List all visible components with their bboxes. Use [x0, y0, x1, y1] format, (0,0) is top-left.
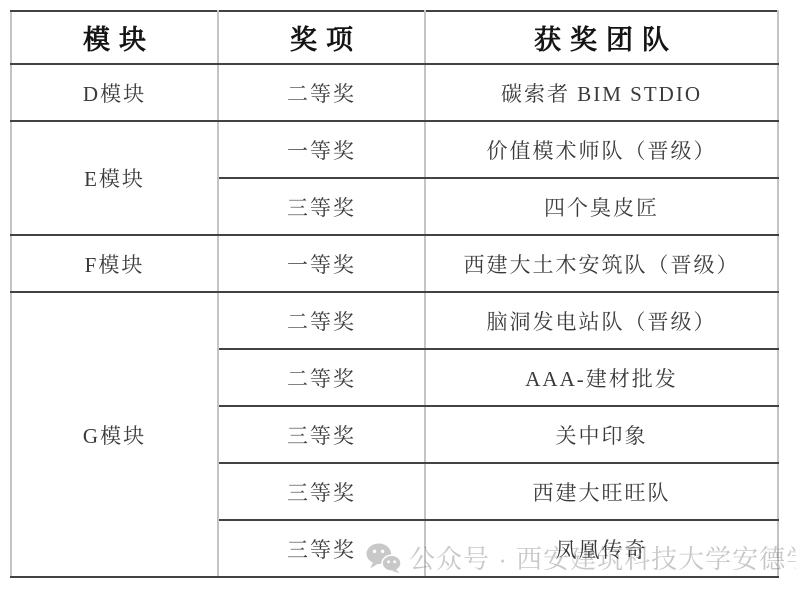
award-cell: 一等奖	[218, 235, 425, 292]
award-cell: 二等奖	[218, 349, 425, 406]
award-cell: 二等奖	[218, 292, 425, 349]
column-header-team: 获奖团队	[425, 11, 778, 64]
module-cell: G模块	[11, 292, 218, 577]
award-results-table: 模块 奖项 获奖团队 D模块 二等奖 碳索者 BIM STDIO E模块 一等奖…	[10, 10, 779, 578]
award-cell: 三等奖	[218, 463, 425, 520]
page: 模块 奖项 获奖团队 D模块 二等奖 碳索者 BIM STDIO E模块 一等奖…	[0, 0, 796, 589]
column-header-award: 奖项	[218, 11, 425, 64]
team-cell: 四个臭皮匠	[425, 178, 778, 235]
team-cell: 西建大土木安筑队（晋级）	[425, 235, 778, 292]
table-row: F模块 一等奖 西建大土木安筑队（晋级）	[11, 235, 778, 292]
module-cell: F模块	[11, 235, 218, 292]
table-row: E模块 一等奖 价值模术师队（晋级）	[11, 121, 778, 178]
award-cell: 三等奖	[218, 520, 425, 577]
table-row: D模块 二等奖 碳索者 BIM STDIO	[11, 64, 778, 121]
award-cell: 一等奖	[218, 121, 425, 178]
module-cell: E模块	[11, 121, 218, 235]
column-header-module: 模块	[11, 11, 218, 64]
module-cell: D模块	[11, 64, 218, 121]
team-cell: 凤凰传奇	[425, 520, 778, 577]
team-cell: AAA-建材批发	[425, 349, 778, 406]
award-cell: 二等奖	[218, 64, 425, 121]
table-row: G模块 二等奖 脑洞发电站队（晋级）	[11, 292, 778, 349]
team-cell: 价值模术师队（晋级）	[425, 121, 778, 178]
table-header-row: 模块 奖项 获奖团队	[11, 11, 778, 64]
team-cell: 关中印象	[425, 406, 778, 463]
award-cell: 三等奖	[218, 178, 425, 235]
team-cell: 西建大旺旺队	[425, 463, 778, 520]
team-cell: 碳索者 BIM STDIO	[425, 64, 778, 121]
team-cell: 脑洞发电站队（晋级）	[425, 292, 778, 349]
award-cell: 三等奖	[218, 406, 425, 463]
